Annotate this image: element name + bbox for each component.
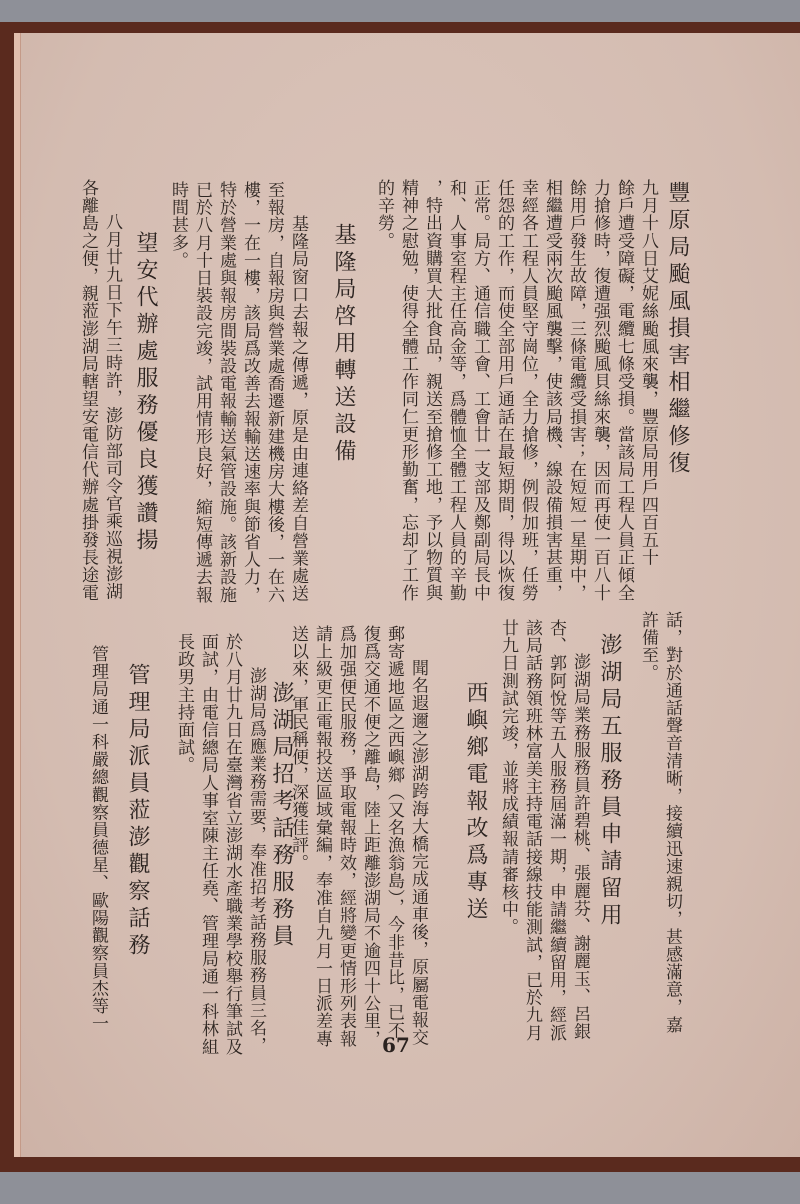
text-line: ，特出資購買大批食品，親送至搶修工地，予以物質與: [420, 179, 444, 559]
text-line: 樓，一在一樓，該局爲改善去報輸送速率與節省人力，: [238, 181, 262, 581]
article-title-wangan: 望安代辦處服務優良獲讚揚: [134, 231, 156, 555]
text-line: 時間甚多。: [166, 181, 190, 581]
text-line: 澎湖局爲應業務需要，奉准招考話務服務員三名，: [244, 633, 268, 1033]
text-line: 聞名遐邇之澎湖跨海大橋完成通車後，原屬電報交: [406, 625, 430, 1025]
article-title-keelung: 基隆局啓用轉送設備: [332, 223, 354, 466]
text-line: 澎湖局業務服務員許碧桃、張麗芬、謝麗玉、呂銀: [568, 619, 592, 1019]
article-body-penghu-exam: 澎湖局爲應業務需要，奉准招考話務服務員三名， 於八月廿九日在臺灣省立澎湖水產職業…: [172, 633, 268, 1033]
text-line: 該局話務領班林富美主持電話接線技能測試，已於九月: [520, 619, 544, 1019]
text-line: 面試，由電信總局人事室陳主任堯、管理局通一科林組: [196, 633, 220, 1033]
article-body-wangan-continued: 話，對於通話聲音清晰，接續迅速親切，甚感滿意，嘉 許備至。: [636, 611, 684, 1011]
article-title-admin-observers: 管理局派員蒞澎觀察話務: [126, 663, 148, 960]
text-line: 復爲交通不便之離島，陸上距離澎湖局不逾四十公里，: [358, 625, 382, 1025]
text-line: 已於八月十日裝設完竣，試用情形良好，縮短傳遞去報: [190, 181, 214, 581]
text-line: 力搶修時，復遭强烈颱風貝絲來襲，因而再使一百八十: [588, 179, 612, 559]
text-line: 幸經各工程人員堅守崗位，全力搶修，例假加班，任勞: [516, 179, 540, 559]
text-line: 至報房，自報房與營業處喬遷新建機房大樓後，一在六: [262, 181, 286, 581]
book-page: 豐原局颱風損害相繼修復 九月十八日艾妮絲颱風來襲，豐原局用戶四百五十 餘戶遭受障…: [14, 33, 800, 1157]
article-body-xiyu: 聞名遐邇之澎湖跨海大橋完成通車後，原屬電報交 郵寄遞地區之西嶼鄉（又名漁翁島），…: [286, 625, 430, 1025]
text-line: 杏、郭阿悅等五人服務屆滿一期，申請繼續留用，經派: [544, 619, 568, 1019]
article-title-xiyu: 西嶼鄉電報改爲專送: [464, 681, 486, 924]
text-line: 相繼遭受兩次颱風襲擊，使該局機、線設備損害甚重，: [540, 179, 564, 559]
text-line: 精神之慰勉，使得全體工作同仁更形勤奮，忘却了工作: [396, 179, 420, 559]
article-body-keelung: 基隆局窗口去報之傳遞，原是由連絡差自營業處送 至報房，自報房與營業處喬遷新建機房…: [166, 181, 310, 581]
article-body-fengyuan: 九月十八日艾妮絲颱風來襲，豐原局用戶四百五十 餘戶遭受障礙，電纜七條受損。當該局…: [372, 179, 660, 559]
text-line: 話，對於通話聲音清晰，接續迅速親切，甚感滿意，嘉: [660, 611, 684, 1011]
text-line: 長政男主持面試。: [172, 633, 196, 1033]
text-line: 九月十八日艾妮絲颱風來襲，豐原局用戶四百五十: [636, 179, 660, 559]
text-line: 許備至。: [636, 611, 660, 1011]
article-body-wangan: 八月廿九日下午三時許，澎防部司令官乘巡視澎湖 各離島之便，親蒞澎湖局轄望安電信代…: [76, 179, 124, 599]
article-title-fengyuan: 豐原局颱風損害相繼修復: [666, 181, 688, 478]
text-line: 請上級更正電報投送區域彙編，奉准自九月一日派差專: [310, 625, 334, 1025]
article-title-penghu-staff: 澎湖局五服務員申請留用: [598, 633, 620, 930]
text-line: 基隆局窗口去報之傳遞，原是由連絡差自營業處送: [286, 181, 310, 581]
text-line: 爲加强便民服務，爭取電報時效，經將變更情形列表報: [334, 625, 358, 1025]
text-line: 任怨的工作，而使全部用戶通話在最短期間，得以恢復: [492, 179, 516, 559]
text-line: 餘戶遭受障礙，電纜七條受損。當該局工程人員正傾全: [612, 179, 636, 559]
text-line: 郵寄遞地區之西嶼鄉（又名漁翁島），今非昔比，已不: [382, 625, 406, 1025]
text-line: 各離島之便，親蒞澎湖局轄望安電信代辦處掛發長途電: [76, 179, 100, 599]
text-line: 餘用戶發生故障，三條電纜受損害；在短短一星期中，: [564, 179, 588, 559]
article-body-penghu-staff: 澎湖局業務服務員許碧桃、張麗芬、謝麗玉、呂銀 杏、郭阿悅等五人服務屆滿一期，申請…: [496, 619, 592, 1019]
text-line: 正常。局方、通信職工會、工會廿一支部及鄭副局長中: [468, 179, 492, 559]
text-line: 特於營業處與報房間裝設電報輸送氣管設施。該新設施: [214, 181, 238, 581]
text-line: 廿九日測試完竣，並將成績報請審核中。: [496, 619, 520, 1019]
page-number: 67: [382, 1033, 410, 1057]
text-line: 於八月廿九日在臺灣省立澎湖水產職業學校舉行筆試及: [220, 633, 244, 1033]
text-line: 的辛勞。: [372, 179, 396, 559]
text-line: 和、人事室程主任高金等，爲體恤全體工程人員的辛勤: [444, 179, 468, 559]
page-edge: [14, 33, 21, 1157]
text-line: 管理局通一科嚴總觀察員德星、歐陽觀察員杰等一: [86, 645, 110, 1045]
text-line: 八月廿九日下午三時許，澎防部司令官乘巡視澎湖: [100, 179, 124, 599]
article-title-penghu-exam: 澎湖局招考話務服務員: [270, 681, 292, 951]
article-body-admin-observers: 管理局通一科嚴總觀察員德星、歐陽觀察員杰等一: [86, 645, 110, 1045]
